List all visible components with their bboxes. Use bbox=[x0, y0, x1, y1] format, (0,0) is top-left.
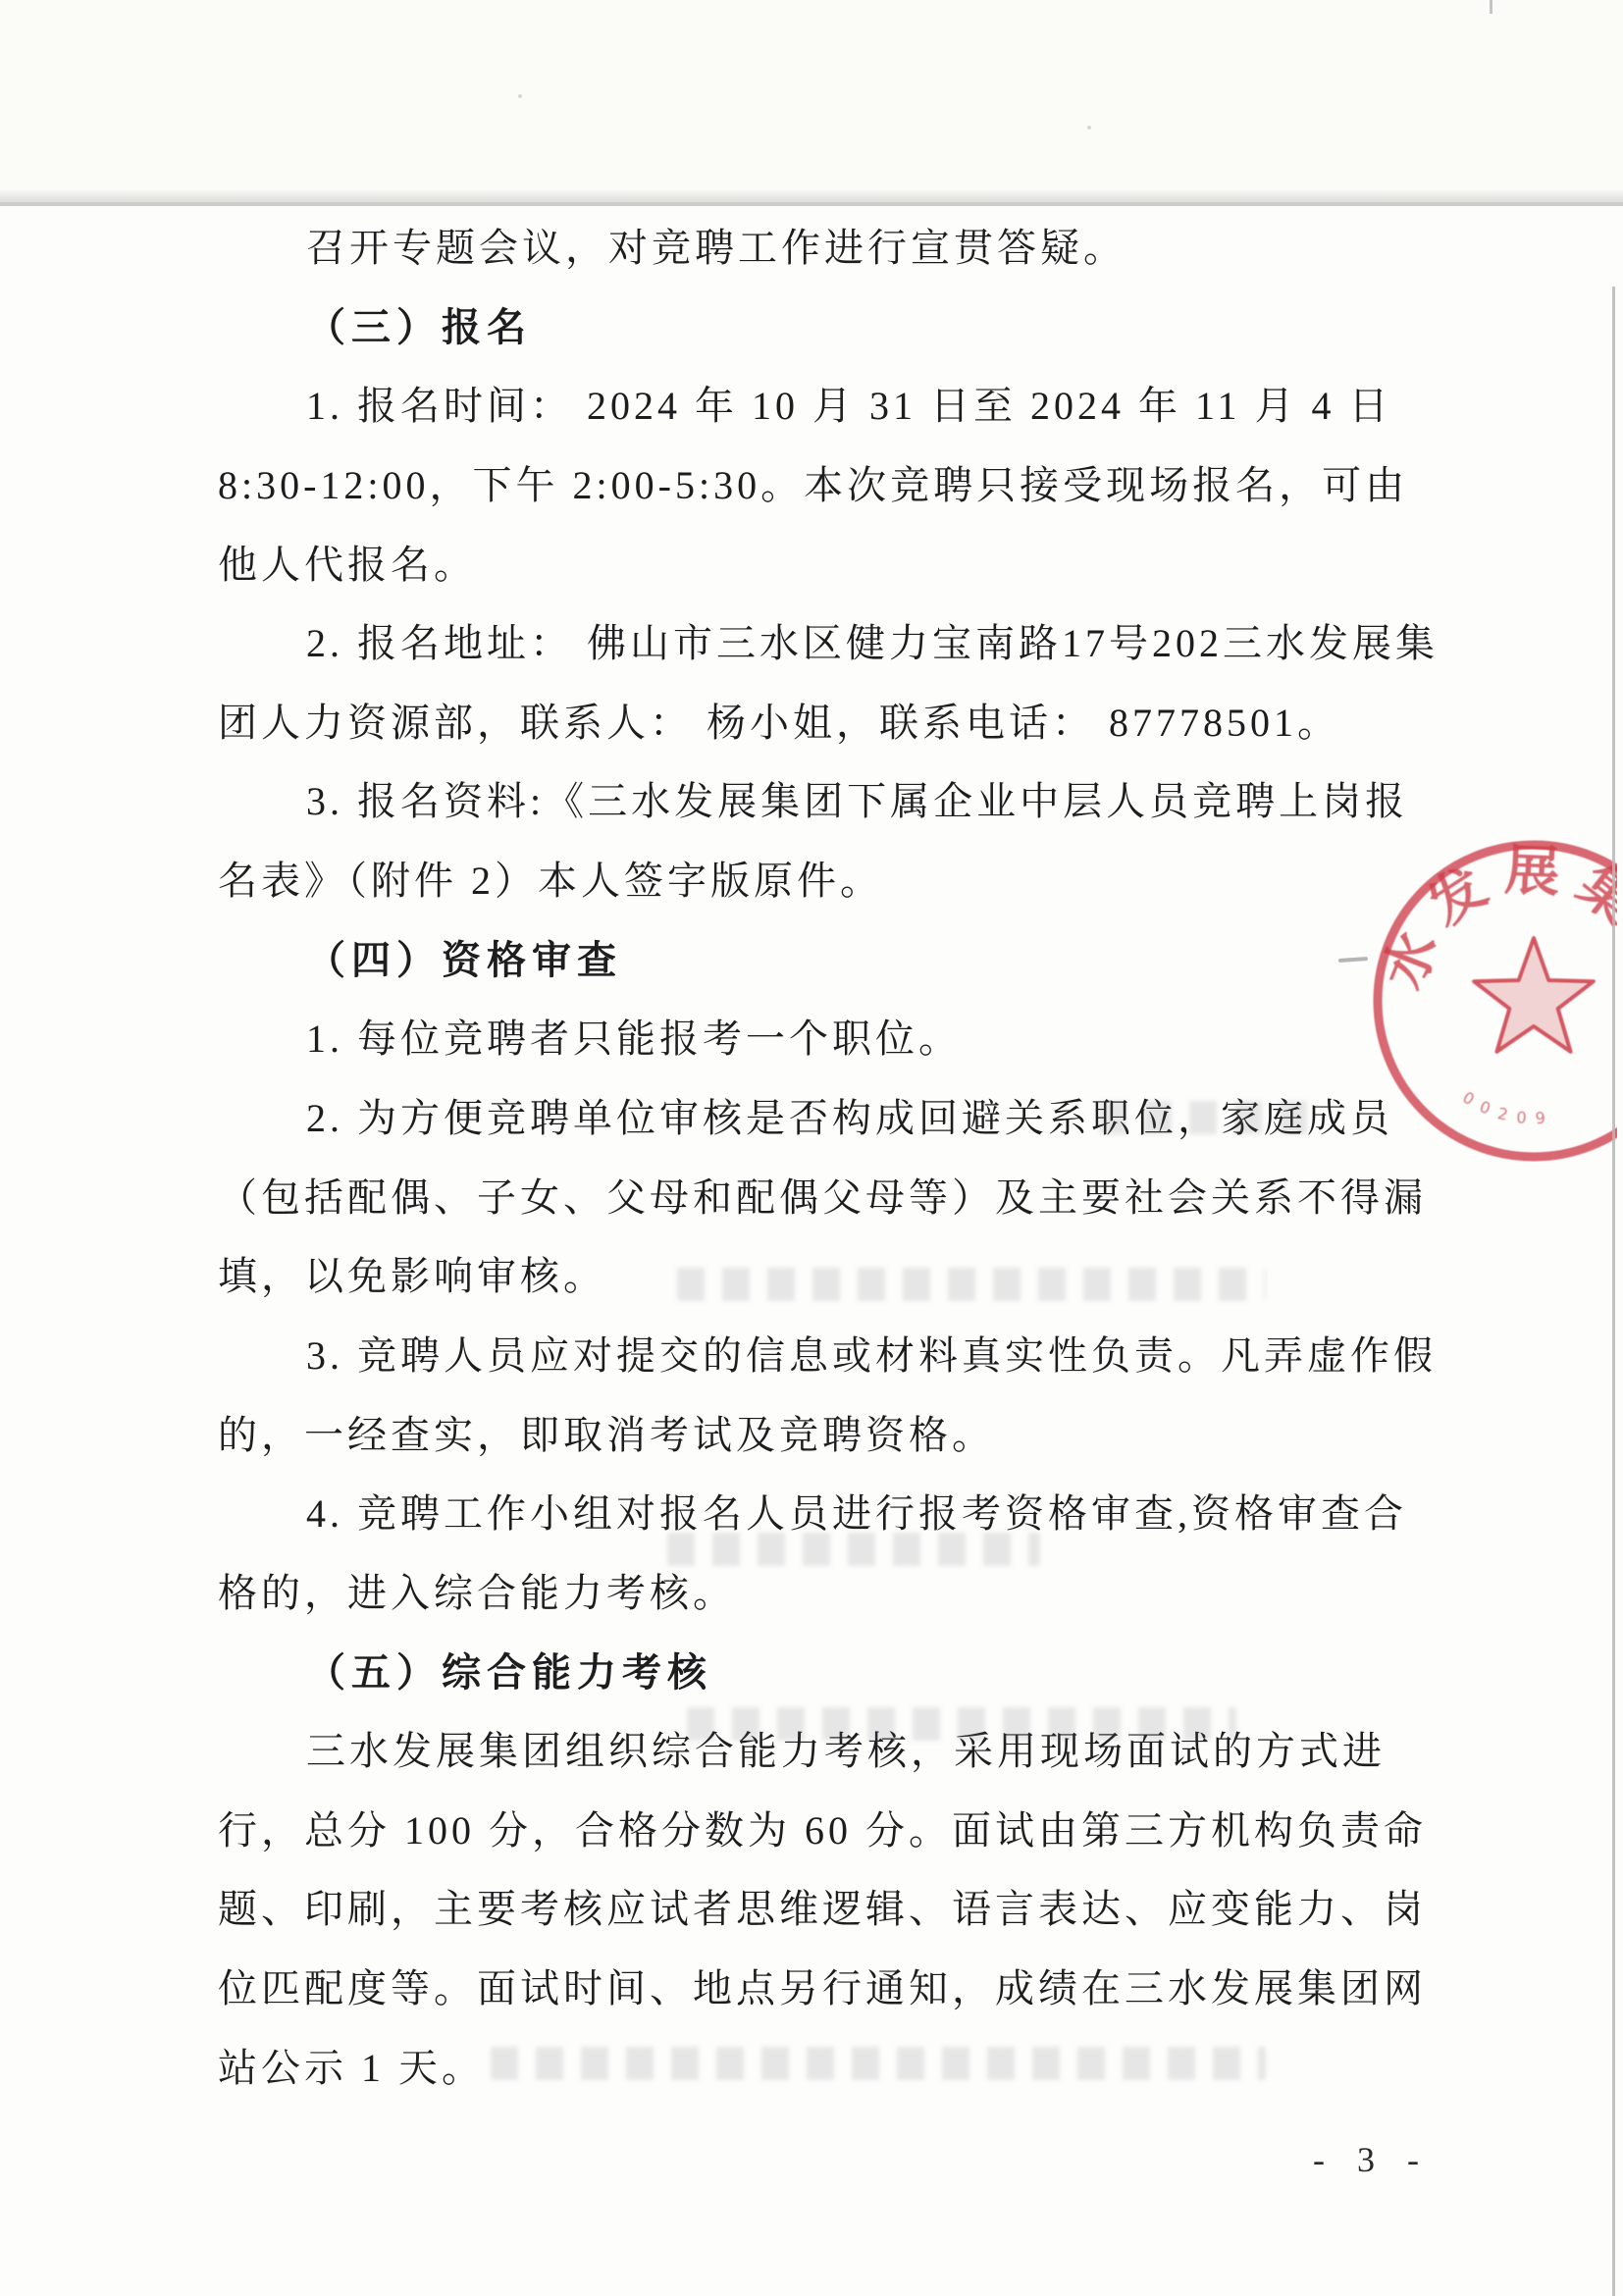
text-line: 题、印刷，主要考核应试者思维逻辑、语言表达、应变能力、岗 bbox=[218, 1870, 1418, 1950]
seal-serial-number: 00209 bbox=[1459, 1088, 1556, 1128]
scan-speck bbox=[518, 94, 522, 98]
text-line: 他人代报名。 bbox=[218, 526, 1418, 605]
scan-edge-tick bbox=[1490, 0, 1492, 14]
scan-speck bbox=[1087, 126, 1091, 130]
bleedthrough-artifact bbox=[677, 1268, 1266, 1301]
bleedthrough-artifact bbox=[491, 2047, 1266, 2080]
text-line: 3. 竞聘人员应对提交的信息或材料真实性负责。凡弄虚作假 bbox=[218, 1317, 1418, 1396]
document-page: { "page": { "number_label": "- 3 -", "co… bbox=[0, 0, 1623, 2296]
bleedthrough-artifact bbox=[1099, 1101, 1325, 1134]
star-icon bbox=[1474, 938, 1594, 1052]
text-line: 8:30-12:00，下午 2:00-5:30。本次竞聘只接受现场报名，可由 bbox=[218, 446, 1418, 526]
text-line: 1. 报名时间： 2024 年 10 月 31 日至 2024 年 11 月 4… bbox=[218, 367, 1418, 446]
text-line: 行，总分 100 分，合格分数为 60 分。面试由第三方机构负责命 bbox=[218, 1792, 1418, 1871]
page-number: - 3 - bbox=[1313, 2139, 1431, 2180]
section-heading: （三）报名 bbox=[218, 288, 1418, 368]
seal-arc-text: 水发展集 bbox=[1373, 841, 1617, 997]
section-heading: （四）资格审查 bbox=[218, 921, 1418, 1001]
scan-band-line bbox=[0, 202, 1623, 206]
svg-text:水发展集: 水发展集 bbox=[1373, 841, 1617, 997]
scan-top-area bbox=[0, 0, 1623, 192]
text-line: 召开专题会议，对竞聘工作进行宣贯答疑。 bbox=[218, 209, 1418, 288]
text-line: （包括配偶、子女、父母和配偶父母等）及主要社会关系不得漏 bbox=[218, 1159, 1418, 1238]
text-line: 的，一经查实，即取消考试及竞聘资格。 bbox=[218, 1396, 1418, 1476]
scan-band-shadow bbox=[0, 190, 1623, 202]
bleedthrough-artifact bbox=[687, 1707, 1236, 1741]
red-seal-stamp: 水发展集 00209 bbox=[1372, 830, 1617, 1175]
text-line: 2. 报名地址： 佛山市三水区健力宝南路17号202三水发展集 bbox=[218, 604, 1418, 684]
text-line: 位匹配度等。面试时间、地点另行通知，成绩在三水发展集团网 bbox=[218, 1950, 1418, 2029]
page-edge-line bbox=[1612, 287, 1615, 2296]
text-line: 3. 报名资料:《三水发展集团下属企业中层人员竞聘上岗报 bbox=[218, 762, 1418, 842]
svg-text:00209: 00209 bbox=[1459, 1088, 1556, 1128]
bleedthrough-artifact bbox=[667, 1533, 1040, 1566]
text-line: 名表》（附件 2）本人签字版原件。 bbox=[218, 842, 1418, 921]
text-line: 团人力资源部，联系人： 杨小姐，联系电话： 87778501。 bbox=[218, 684, 1418, 763]
section-heading: （五）综合能力考核 bbox=[218, 1634, 1418, 1713]
document-body: 召开专题会议，对竞聘工作进行宣贯答疑。（三）报名1. 报名时间： 2024 年 … bbox=[218, 209, 1418, 2108]
text-line: 1. 每位竞聘者只能报考一个职位。 bbox=[218, 1000, 1418, 1079]
